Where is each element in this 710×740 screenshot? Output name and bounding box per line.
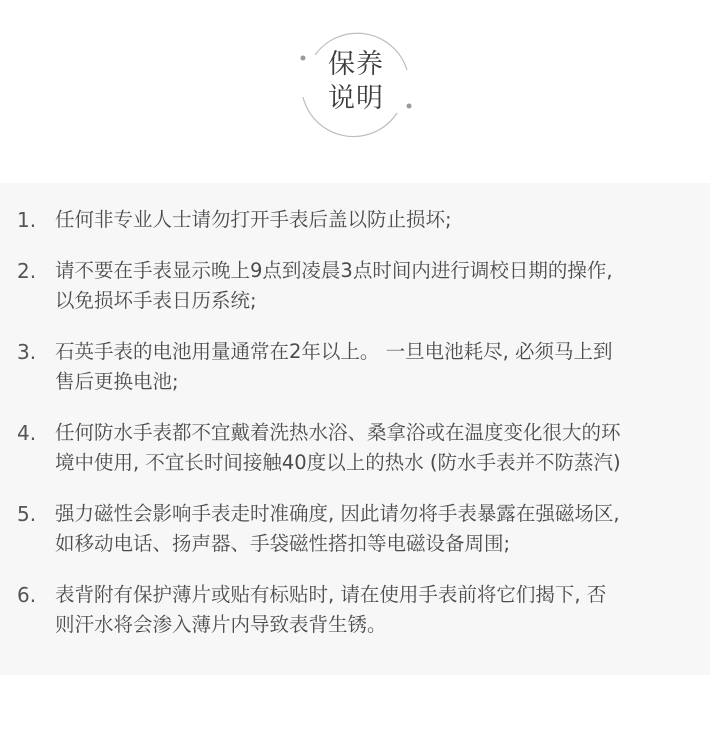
item-text: 强力磁性会影响手表走时准确度, 因此请勿将手表暴露在强磁场区,	[55, 499, 706, 529]
item-text: 售后更换电池;	[55, 367, 706, 397]
item-text: 任何非专业人士请勿打开手表后盖以防止损坏;	[55, 205, 706, 235]
list-item: 2. 请不要在手表显示晚上9点到凌晨3点时间内进行调校日期的操作, 以免损坏手表…	[0, 256, 710, 316]
item-number: 4.	[17, 418, 36, 448]
care-instructions-panel: 1. 任何非专业人士请勿打开手表后盖以防止损坏; 2. 请不要在手表显示晚上9点…	[0, 183, 710, 675]
list-item: 4. 任何防水手表都不宜戴着洗热水浴、桑拿浴或在温度变化很大的环 境中使用, 不…	[0, 418, 710, 478]
item-number: 3.	[17, 337, 36, 367]
item-number: 6.	[17, 580, 36, 610]
title-line-1: 保养	[297, 48, 415, 82]
item-text: 境中使用, 不宜长时间接触40度以上的热水 (防水手表并不防蒸汽)	[55, 448, 706, 478]
list-item: 5. 强力磁性会影响手表走时准确度, 因此请勿将手表暴露在强磁场区, 如移动电话…	[0, 499, 710, 559]
list-item: 6. 表背附有保护薄片或贴有标贴时, 请在使用手表前将它们揭下, 否 则汗水将会…	[0, 580, 710, 640]
page-title: 保养 说明	[297, 48, 415, 116]
item-text: 则汗水将会渗入薄片内导致表背生锈。	[55, 610, 706, 640]
list-item: 1. 任何非专业人士请勿打开手表后盖以防止损坏;	[0, 205, 710, 235]
item-number: 5.	[17, 499, 36, 529]
item-text: 石英手表的电池用量通常在2年以上。 一旦电池耗尽, 必须马上到	[55, 337, 706, 367]
item-text: 如移动电话、扬声器、手袋磁性搭扣等电磁设备周围;	[55, 529, 706, 559]
item-text: 任何防水手表都不宜戴着洗热水浴、桑拿浴或在温度变化很大的环	[55, 418, 706, 448]
header-section: 保养 说明	[0, 0, 710, 183]
item-text: 以免损坏手表日历系统;	[55, 286, 706, 316]
instruction-list: 1. 任何非专业人士请勿打开手表后盖以防止损坏; 2. 请不要在手表显示晚上9点…	[0, 205, 710, 661]
title-badge: 保养 说明	[297, 25, 415, 143]
list-item: 3. 石英手表的电池用量通常在2年以上。 一旦电池耗尽, 必须马上到 售后更换电…	[0, 337, 710, 397]
title-line-2: 说明	[297, 82, 415, 116]
item-number: 2.	[17, 256, 36, 286]
item-number: 1.	[17, 205, 36, 235]
item-text: 表背附有保护薄片或贴有标贴时, 请在使用手表前将它们揭下, 否	[55, 580, 706, 610]
item-text: 请不要在手表显示晚上9点到凌晨3点时间内进行调校日期的操作,	[55, 256, 706, 286]
